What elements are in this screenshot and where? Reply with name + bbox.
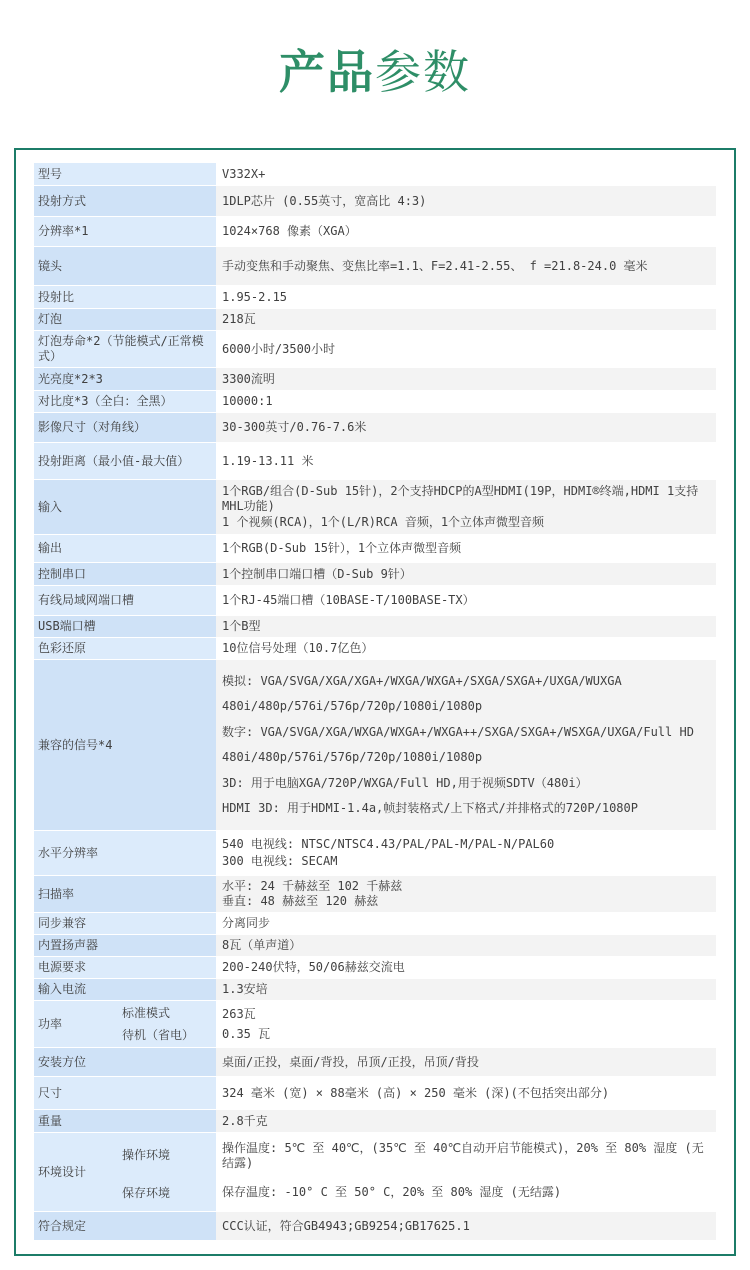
spec-label-cell: 投射比 — [34, 286, 216, 308]
spec-label: 对比度*3（全白：全黑） — [38, 394, 172, 409]
spec-label-cell: 控制串口 — [34, 563, 216, 585]
spec-value-cell: 10000:1 — [216, 391, 716, 412]
spec-value-cell: 1个RGB(D-Sub 15针），1个立体声微型音频 — [216, 535, 716, 562]
spec-label-cell: 灯泡寿命*2（节能模式/正常模式） — [34, 331, 216, 367]
spec-label-cell: 电源要求 — [34, 957, 216, 978]
spec-value-line: 分离同步 — [222, 916, 710, 931]
spec-value-cell: 1个RJ-45端口槽（10BASE-T/100BASE-TX） — [216, 586, 716, 615]
spec-label: 灯泡 — [38, 312, 62, 327]
spec-value-cell: 540 电视线: NTSC/NTSC4.43/PAL/PAL-M/PAL-N/P… — [216, 831, 716, 875]
spec-value-line: 操作温度: 5℃ 至 40℃，(35℃ 至 40℃自动开启节能模式)，20% 至… — [222, 1136, 710, 1176]
page-title-bold-part: 产品 — [279, 45, 375, 99]
spec-label: 色彩还原 — [38, 641, 86, 656]
spec-value-line: 480i/480p/576i/576p/720p/1080i/1080p — [222, 699, 710, 714]
spec-row: 分辨率*11024×768 像素（XGA） — [34, 217, 716, 246]
spec-value-line: 1.95-2.15 — [222, 290, 710, 305]
spec-value-cell: 1个B型 — [216, 616, 716, 637]
spec-label: 投射比 — [38, 290, 74, 305]
spec-value-cell: 操作温度: 5℃ 至 40℃，(35℃ 至 40℃自动开启节能模式)，20% 至… — [216, 1133, 716, 1211]
spec-value-line: 8瓦（单声道） — [222, 938, 710, 953]
spec-sub-label: 标准模式 — [122, 1003, 216, 1023]
spec-value-cell: 1DLP芯片 (0.55英寸，宽高比 4:3) — [216, 186, 716, 216]
spec-label: 电源要求 — [38, 960, 86, 975]
spec-value-cell: 10位信号处理（10.7亿色） — [216, 638, 716, 659]
spec-label: 有线局域网端口槽 — [38, 593, 134, 608]
spec-value-cell: 1个控制串口端口槽（D-Sub 9针） — [216, 563, 716, 585]
spec-label: 重量 — [38, 1114, 62, 1129]
spec-value-line: 10000:1 — [222, 394, 710, 409]
spec-value-line: 数字: VGA/SVGA/XGA/WXGA/WXGA+/WXGA++/SXGA/… — [222, 725, 710, 740]
spec-row: 环境设计操作环境保存环境操作温度: 5℃ 至 40℃，(35℃ 至 40℃自动开… — [34, 1133, 716, 1211]
spec-row: 输入电流1.3安培 — [34, 979, 716, 1000]
spec-panel: 型号V332X+投射方式1DLP芯片 (0.55英寸，宽高比 4:3)分辨率*1… — [14, 148, 736, 1256]
spec-value-cell: 218瓦 — [216, 309, 716, 330]
spec-value-line: 1个控制串口端口槽（D-Sub 9针） — [222, 567, 710, 582]
spec-row: 功率标准模式待机（省电）263瓦0.35 瓦 — [34, 1001, 716, 1047]
spec-label-cell: 型号 — [34, 163, 216, 185]
spec-value-line: 1DLP芯片 (0.55英寸，宽高比 4:3) — [222, 194, 710, 209]
spec-value-cell: 1024×768 像素（XGA） — [216, 217, 716, 246]
spec-value-cell: 263瓦0.35 瓦 — [216, 1001, 716, 1047]
spec-label-cell: 同步兼容 — [34, 913, 216, 934]
spec-label: 内置扬声器 — [38, 938, 98, 953]
spec-label-cell: 灯泡 — [34, 309, 216, 330]
spec-label-cell: 输入电流 — [34, 979, 216, 1000]
spec-label: 尺寸 — [38, 1086, 62, 1101]
spec-value-cell: 324 毫米 (宽) × 88毫米 (高) × 250 毫米 (深)(不包括突出… — [216, 1077, 716, 1109]
spec-row: 投射方式1DLP芯片 (0.55英寸，宽高比 4:3) — [34, 186, 716, 216]
spec-label-cell: 内置扬声器 — [34, 935, 216, 956]
spec-label: 镜头 — [38, 259, 62, 274]
spec-value-line: 1个RGB/组合(D-Sub 15针)，2个支持HDCP的A型HDMI(19P，… — [222, 484, 710, 514]
spec-row: 对比度*3（全白：全黑）10000:1 — [34, 391, 716, 412]
spec-label-cell: 光亮度*2*3 — [34, 368, 216, 390]
spec-label-cell: 有线局域网端口槽 — [34, 586, 216, 615]
spec-sub-label: 保存环境 — [122, 1177, 216, 1209]
spec-label: 符合规定 — [38, 1219, 86, 1234]
spec-value-line: 水平: 24 千赫兹至 102 千赫兹 — [222, 879, 710, 894]
spec-row: 镜头手动变焦和手动聚焦、变焦比率=1.1、F=2.41-2.55、 f =21.… — [34, 247, 716, 285]
spec-row: 投射比1.95-2.15 — [34, 286, 716, 308]
spec-value-cell: CCC认证，符合GB4943;GB9254;GB17625.1 — [216, 1212, 716, 1240]
spec-row: 输出1个RGB(D-Sub 15针），1个立体声微型音频 — [34, 535, 716, 562]
spec-value-cell: 桌面/正投，桌面/背投，吊顶/正投，吊顶/背投 — [216, 1048, 716, 1076]
spec-value-line: 1个RJ-45端口槽（10BASE-T/100BASE-TX） — [222, 593, 710, 608]
spec-value-line: 桌面/正投，桌面/背投，吊顶/正投，吊顶/背投 — [222, 1055, 710, 1070]
spec-label: 环境设计 — [34, 1133, 122, 1211]
spec-value-line: 2.8千克 — [222, 1114, 710, 1129]
spec-value-line: 垂直: 48 赫兹至 120 赫兹 — [222, 894, 710, 909]
spec-label: 输入电流 — [38, 982, 86, 997]
spec-row: 灯泡寿命*2（节能模式/正常模式）6000小时/3500小时 — [34, 331, 716, 367]
spec-label: 兼容的信号*4 — [38, 738, 112, 753]
spec-value-cell: 1.95-2.15 — [216, 286, 716, 308]
spec-value-cell: 模拟: VGA/SVGA/XGA/XGA+/WXGA/WXGA+/SXGA/SX… — [216, 660, 716, 830]
spec-label-cell: 输出 — [34, 535, 216, 562]
spec-row: 重量2.8千克 — [34, 1110, 716, 1132]
spec-value-cell: 8瓦（单声道） — [216, 935, 716, 956]
spec-value-cell: 2.8千克 — [216, 1110, 716, 1132]
spec-value-line: 1个RGB(D-Sub 15针），1个立体声微型音频 — [222, 541, 710, 556]
spec-value-cell: 水平: 24 千赫兹至 102 千赫兹垂直: 48 赫兹至 120 赫兹 — [216, 876, 716, 912]
spec-value-line: 300 电视线: SECAM — [222, 854, 710, 869]
spec-label-cell: 水平分辨率 — [34, 831, 216, 875]
spec-row: 扫描率水平: 24 千赫兹至 102 千赫兹垂直: 48 赫兹至 120 赫兹 — [34, 876, 716, 912]
spec-label: 同步兼容 — [38, 916, 86, 931]
spec-label-cell: 色彩还原 — [34, 638, 216, 659]
spec-value-cell: 1.19-13.11 米 — [216, 443, 716, 479]
spec-row: USB端口槽1个B型 — [34, 616, 716, 637]
spec-sub-label: 待机（省电） — [122, 1025, 216, 1045]
spec-value-line: 30-300英寸/0.76-7.6米 — [222, 420, 710, 435]
spec-label-cell: 兼容的信号*4 — [34, 660, 216, 830]
spec-label-cell: 投射距离（最小值-最大值） — [34, 443, 216, 479]
spec-label: 投射方式 — [38, 194, 86, 209]
spec-value-line: 6000小时/3500小时 — [222, 342, 710, 357]
spec-label: 输入 — [38, 500, 62, 515]
spec-row: 投射距离（最小值-最大值）1.19-13.11 米 — [34, 443, 716, 479]
spec-value-line: 3300流明 — [222, 372, 710, 387]
spec-label: 控制串口 — [38, 567, 86, 582]
spec-label-cell: 尺寸 — [34, 1077, 216, 1109]
page-title: 产品参数 — [0, 42, 750, 102]
spec-label-cell: 重量 — [34, 1110, 216, 1132]
spec-sub-labels: 操作环境保存环境 — [122, 1133, 216, 1211]
spec-value-line: 10位信号处理（10.7亿色） — [222, 641, 710, 656]
spec-value-cell: 6000小时/3500小时 — [216, 331, 716, 367]
spec-value-line: 1.19-13.11 米 — [222, 454, 710, 469]
spec-label: 功率 — [34, 1001, 122, 1047]
spec-row: 同步兼容分离同步 — [34, 913, 716, 934]
spec-row: 型号V332X+ — [34, 163, 716, 185]
spec-row: 尺寸324 毫米 (宽) × 88毫米 (高) × 250 毫米 (深)(不包括… — [34, 1077, 716, 1109]
spec-value-cell: 200-240伏特，50/06赫兹交流电 — [216, 957, 716, 978]
spec-label-cell: 影像尺寸（对角线） — [34, 413, 216, 442]
spec-value-line: CCC认证，符合GB4943;GB9254;GB17625.1 — [222, 1219, 710, 1234]
spec-value-line: 1个B型 — [222, 619, 710, 634]
spec-row: 符合规定CCC认证，符合GB4943;GB9254;GB17625.1 — [34, 1212, 716, 1240]
spec-label: 灯泡寿命*2（节能模式/正常模式） — [38, 334, 212, 364]
spec-value-line: 保存温度: -10° C 至 50° C，20% 至 80% 湿度 (无结露) — [222, 1176, 710, 1208]
spec-value-line: 218瓦 — [222, 312, 710, 327]
spec-row: 内置扬声器8瓦（单声道） — [34, 935, 716, 956]
spec-value-line: 0.35 瓦 — [222, 1024, 710, 1044]
spec-value-cell: 30-300英寸/0.76-7.6米 — [216, 413, 716, 442]
spec-row: 安装方位桌面/正投，桌面/背投，吊顶/正投，吊顶/背投 — [34, 1048, 716, 1076]
spec-value-line: 手动变焦和手动聚焦、变焦比率=1.1、F=2.41-2.55、 f =21.8-… — [222, 259, 710, 274]
spec-value-line: V332X+ — [222, 167, 710, 182]
spec-label-cell: 功率标准模式待机（省电） — [34, 1001, 216, 1047]
spec-sub-label: 操作环境 — [122, 1135, 216, 1175]
spec-value-line: 324 毫米 (宽) × 88毫米 (高) × 250 毫米 (深)(不包括突出… — [222, 1086, 710, 1101]
spec-value-line: 1.3安培 — [222, 982, 710, 997]
spec-row: 电源要求200-240伏特，50/06赫兹交流电 — [34, 957, 716, 978]
spec-label: 安装方位 — [38, 1055, 86, 1070]
spec-label-cell: 对比度*3（全白：全黑） — [34, 391, 216, 412]
spec-value-cell: 3300流明 — [216, 368, 716, 390]
spec-label-cell: 镜头 — [34, 247, 216, 285]
spec-row: 灯泡218瓦 — [34, 309, 716, 330]
spec-value-line: 模拟: VGA/SVGA/XGA/XGA+/WXGA/WXGA+/SXGA/SX… — [222, 674, 710, 689]
spec-value-line: 200-240伏特，50/06赫兹交流电 — [222, 960, 710, 975]
spec-row: 色彩还原10位信号处理（10.7亿色） — [34, 638, 716, 659]
spec-label-cell: 安装方位 — [34, 1048, 216, 1076]
spec-value-cell: V332X+ — [216, 163, 716, 185]
spec-value-line: 1 个视频(RCA)，1个(L/R)RCA 音频，1个立体声微型音频 — [222, 515, 710, 530]
spec-value-line: 263瓦 — [222, 1004, 710, 1024]
spec-value-line: 540 电视线: NTSC/NTSC4.43/PAL/PAL-M/PAL-N/P… — [222, 837, 710, 852]
spec-row: 控制串口1个控制串口端口槽（D-Sub 9针） — [34, 563, 716, 585]
spec-label: 扫描率 — [38, 887, 74, 902]
spec-row: 兼容的信号*4模拟: VGA/SVGA/XGA/XGA+/WXGA/WXGA+/… — [34, 660, 716, 830]
spec-row: 输入1个RGB/组合(D-Sub 15针)，2个支持HDCP的A型HDMI(19… — [34, 480, 716, 534]
spec-value-line: 1024×768 像素（XGA） — [222, 224, 710, 239]
spec-row: 影像尺寸（对角线）30-300英寸/0.76-7.6米 — [34, 413, 716, 442]
spec-label: 分辨率*1 — [38, 224, 88, 239]
spec-value-line: 3D: 用于电脑XGA/720P/WXGA/Full HD,用于视频SDTV（4… — [222, 776, 710, 791]
spec-label: 光亮度*2*3 — [38, 372, 103, 387]
spec-row: 水平分辨率540 电视线: NTSC/NTSC4.43/PAL/PAL-M/PA… — [34, 831, 716, 875]
spec-value-cell: 1个RGB/组合(D-Sub 15针)，2个支持HDCP的A型HDMI(19P，… — [216, 480, 716, 534]
spec-value-cell: 1.3安培 — [216, 979, 716, 1000]
spec-label: 型号 — [38, 167, 62, 182]
spec-row: 光亮度*2*33300流明 — [34, 368, 716, 390]
page-title-light-part: 参数 — [375, 45, 471, 99]
spec-row: 有线局域网端口槽1个RJ-45端口槽（10BASE-T/100BASE-TX） — [34, 586, 716, 615]
spec-label: 影像尺寸（对角线） — [38, 420, 146, 435]
spec-label: 投射距离（最小值-最大值） — [38, 454, 189, 469]
spec-label: 输出 — [38, 541, 62, 556]
spec-label-cell: 投射方式 — [34, 186, 216, 216]
spec-label-cell: 扫描率 — [34, 876, 216, 912]
spec-label-cell: 环境设计操作环境保存环境 — [34, 1133, 216, 1211]
spec-label-cell: USB端口槽 — [34, 616, 216, 637]
spec-value-line: 480i/480p/576i/576p/720p/1080i/1080p — [222, 750, 710, 765]
spec-value-cell: 分离同步 — [216, 913, 716, 934]
spec-value-line: HDMI 3D: 用于HDMI-1.4a,帧封装格式/上下格式/并排格式的720… — [222, 801, 710, 816]
spec-label-cell: 符合规定 — [34, 1212, 216, 1240]
spec-sub-labels: 标准模式待机（省电） — [122, 1001, 216, 1047]
spec-label-cell: 分辨率*1 — [34, 217, 216, 246]
spec-table: 型号V332X+投射方式1DLP芯片 (0.55英寸，宽高比 4:3)分辨率*1… — [34, 163, 716, 1240]
spec-label-cell: 输入 — [34, 480, 216, 534]
spec-label: 水平分辨率 — [38, 846, 98, 861]
spec-value-cell: 手动变焦和手动聚焦、变焦比率=1.1、F=2.41-2.55、 f =21.8-… — [216, 247, 716, 285]
spec-label: USB端口槽 — [38, 619, 96, 634]
